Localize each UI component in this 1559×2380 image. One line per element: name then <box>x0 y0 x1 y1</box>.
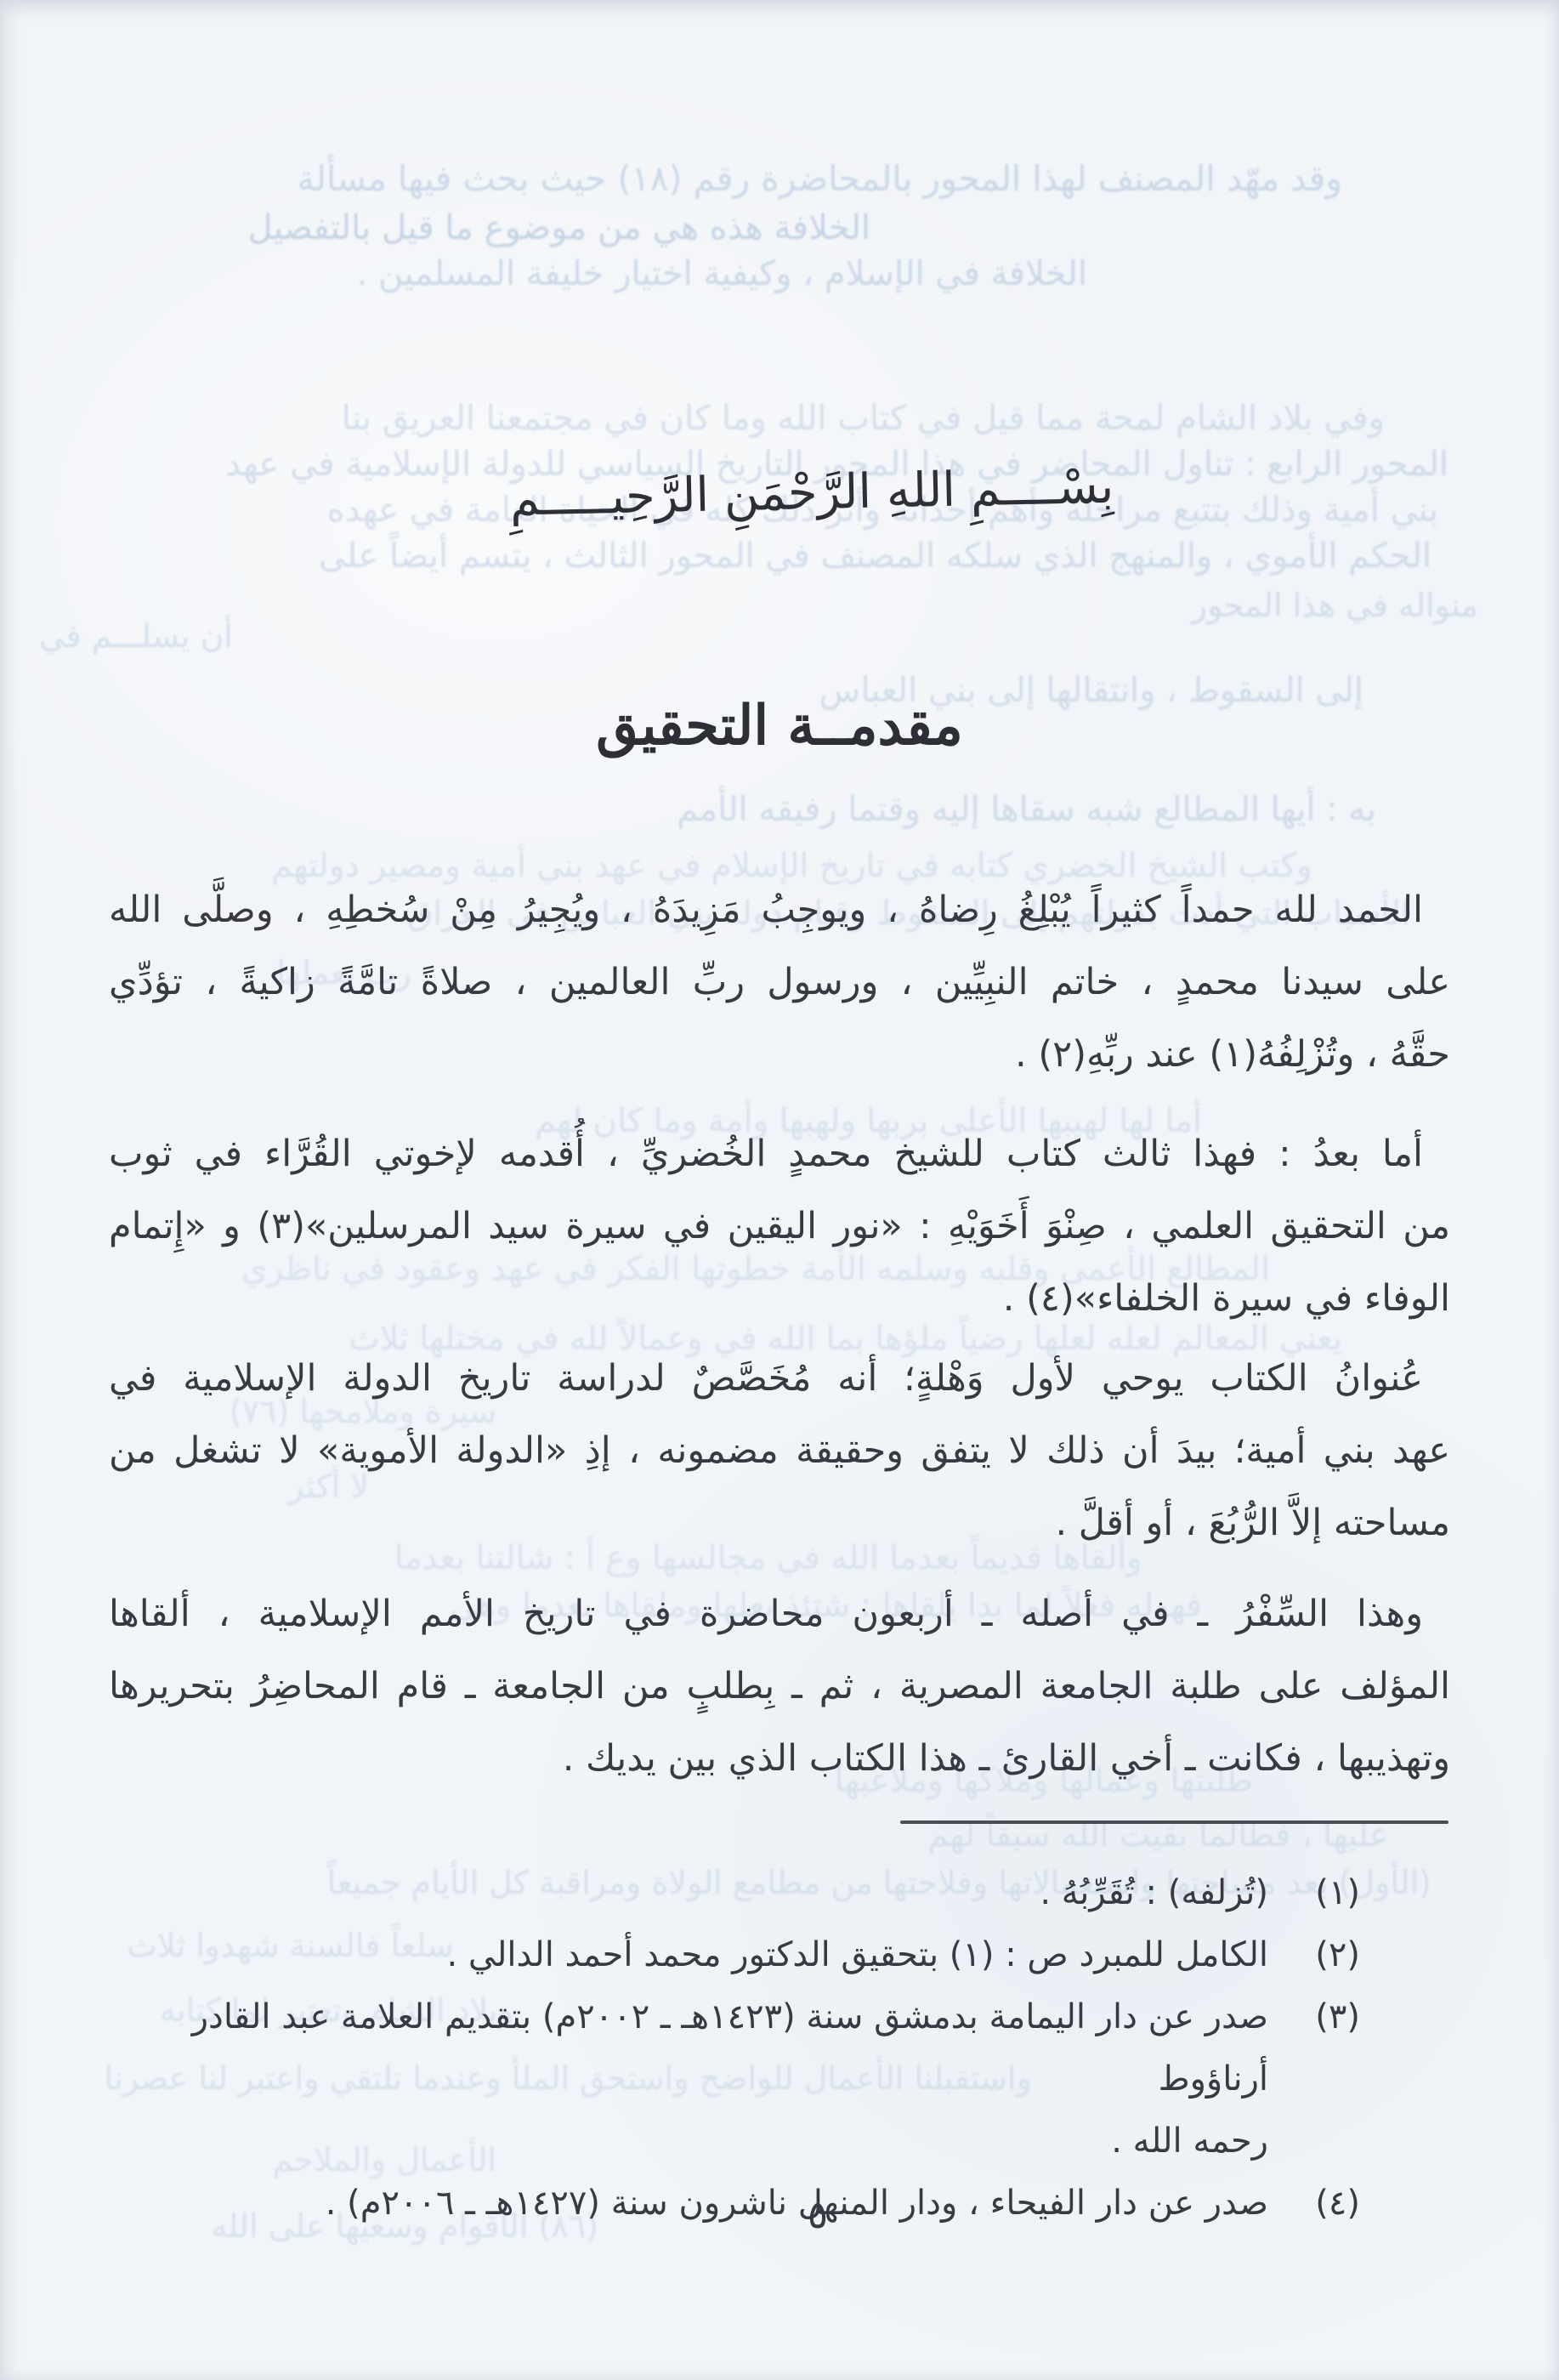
basmala-calligraphy: بِسْــــمِ اللهِ الرَّحْمَنِ الرَّحِيـــ… <box>32 449 1559 537</box>
footnote-marker: (٤) <box>1285 2173 1360 2235</box>
body-line: وهذا السِّفْرُ ـ في أصله ـ أربعون محاضرة… <box>109 1578 1450 1650</box>
footnote-item: (١) (تُزلفه) : تُقَرِّبُهُ . <box>119 1862 1360 1924</box>
footnote-marker: (١) <box>1285 1862 1360 1924</box>
bleed-through-line: الخلافة في الإسلام ، وكيفية اختيار خليفة… <box>357 253 1087 294</box>
footnotes: (١) (تُزلفه) : تُقَرِّبُهُ . (٢) الكامل … <box>119 1862 1360 2235</box>
section-title: مقدمــة التحقيق <box>0 694 1559 758</box>
paragraph: الحمد لله حمداً كثيراً يُبْلِغُ رِضاهُ ،… <box>109 874 1450 1091</box>
body-line: مساحته إلاَّ الرُّبُعَ ، أو أقلَّ . <box>109 1487 1450 1559</box>
footnote-text-line: صدر عن دار الفيحاء ، ودار المنهل ناشرون … <box>326 2184 1268 2223</box>
bleed-through-line: الحكم الأموي ، والمنهج الذي سلكه المصنف … <box>319 536 1431 577</box>
bleed-through-line: به : أيها المطالع شبه سقاها إليه وقتما ر… <box>677 789 1376 830</box>
footnote-text-line: (تُزلفه) : تُقَرِّبُهُ . <box>1040 1873 1268 1912</box>
page-number: ٥ <box>808 2192 828 2237</box>
bleed-through-line: الخلافة هذه هي من موضوع ما قيل بالتفصيل <box>248 207 870 248</box>
footnote-marker: (٢) <box>1285 1924 1360 1986</box>
footnote-text-line: الكامل للمبرد ص : (١) بتحقيق الدكتور محم… <box>446 1935 1268 1974</box>
body-line: المؤلف على طلبة الجامعة المصرية ، ثم ـ ب… <box>109 1650 1450 1723</box>
bleed-through-line: وقد مهّد المصنف لهذا المحور بالمحاضرة رق… <box>297 158 1342 200</box>
footnote-text: صدر عن دار الفيحاء ، ودار المنهل ناشرون … <box>119 2173 1268 2235</box>
footnote-text-line: صدر عن دار اليمامة بدمشق سنة (١٤٢٣هـ ـ ٢… <box>192 1997 1268 2099</box>
body-line: الحمد لله حمداً كثيراً يُبْلِغُ رِضاهُ ،… <box>109 874 1450 946</box>
footnote-marker: (٣) <box>1285 1986 1360 2173</box>
body-text: الحمد لله حمداً كثيراً يُبْلِغُ رِضاهُ ،… <box>109 874 1450 1795</box>
paragraph: وهذا السِّفْرُ ـ في أصله ـ أربعون محاضرة… <box>109 1578 1450 1795</box>
footnote-separator <box>900 1821 1448 1824</box>
footnote-item: (٢) الكامل للمبرد ص : (١) بتحقيق الدكتور… <box>119 1924 1360 1986</box>
body-line: عهد بني أمية؛ بيدَ أن ذلك لا يتفق وحقيقة… <box>109 1415 1450 1487</box>
footnote-text: (تُزلفه) : تُقَرِّبُهُ . <box>119 1862 1268 1924</box>
paragraph: عُنوانُ الكتاب يوحي لأول وَهْلةٍ؛ أنه مُ… <box>109 1343 1450 1559</box>
body-line: أما بعدُ : فهذا ثالث كتاب للشيخ محمدٍ ال… <box>109 1118 1450 1190</box>
scanned-book-page: وقد مهّد المصنف لهذا المحور بالمحاضرة رق… <box>0 0 1559 2380</box>
body-line: وتهذيبها ، فكانت ـ أخي القارئ ـ هذا الكت… <box>109 1723 1450 1795</box>
footnote-text-continuation: رحمه الله . <box>119 2110 1268 2173</box>
body-line: حقَّهُ ، وتُزْلِفُهُ(١) عند ربِّهِ(٢) . <box>109 1019 1450 1091</box>
footnote-text: الكامل للمبرد ص : (١) بتحقيق الدكتور محم… <box>119 1924 1268 1986</box>
body-line: على سيدنا محمدٍ ، خاتم النبِيِّين ، ورسو… <box>109 946 1450 1019</box>
footnote-item: (٤) صدر عن دار الفيحاء ، ودار المنهل ناش… <box>119 2173 1360 2235</box>
body-line: من التحقيق العلمي ، صِنْوَ أَخَوَيْهِ : … <box>109 1190 1450 1263</box>
bleed-through-line: وفي بلاد الشام لمحة مما قيل في كتاب الله… <box>342 398 1385 439</box>
body-line: عُنوانُ الكتاب يوحي لأول وَهْلةٍ؛ أنه مُ… <box>109 1343 1450 1415</box>
footnote-item: (٣) صدر عن دار اليمامة بدمشق سنة (١٤٢٣هـ… <box>119 1986 1360 2173</box>
bleed-through-line: منواله في هذا المحور <box>1192 587 1478 626</box>
footnote-text: صدر عن دار اليمامة بدمشق سنة (١٤٢٣هـ ـ ٢… <box>119 1986 1268 2173</box>
body-line: الوفاء في سيرة الخلفاء»(٤) . <box>109 1263 1450 1335</box>
bleed-through-line: أن يسلـــم في <box>39 617 233 656</box>
paragraph: أما بعدُ : فهذا ثالث كتاب للشيخ محمدٍ ال… <box>109 1118 1450 1335</box>
